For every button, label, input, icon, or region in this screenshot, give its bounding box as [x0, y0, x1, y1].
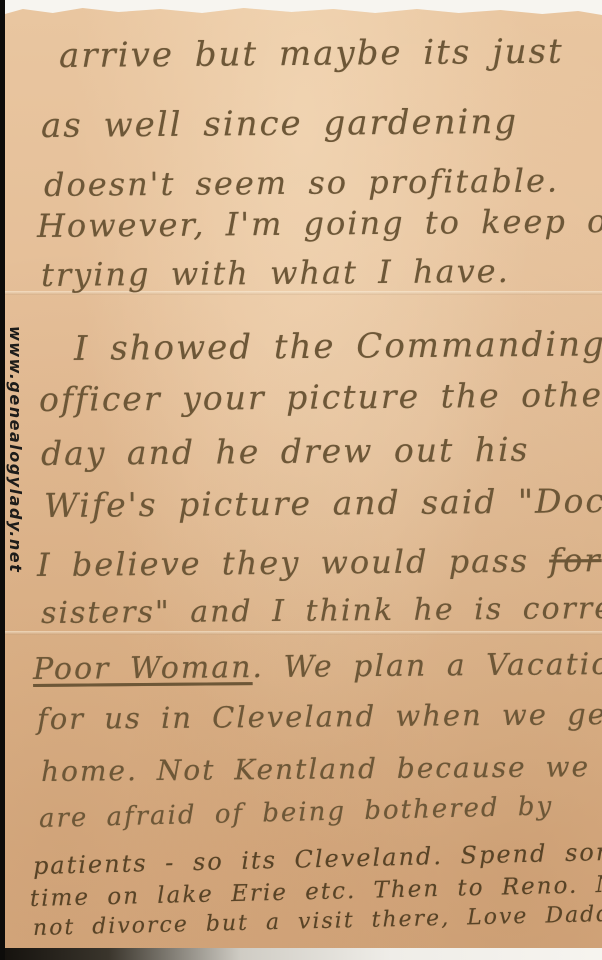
- letter-text: Wife's picture and said "Doc: [44, 481, 602, 525]
- letter-line: day and he drew out his: [41, 430, 530, 473]
- letter-line: sisters" and I think he is correct.: [41, 591, 602, 631]
- letter-text: for: [549, 541, 602, 579]
- letter-text: trying with what I have.: [41, 252, 510, 294]
- torn-edge-bottom: [0, 948, 602, 960]
- letter-line: I showed the Commanding: [74, 324, 602, 369]
- letter-line: I believe they would pass for as: [37, 541, 602, 584]
- letter-text: for us in Cleveland when we get: [37, 697, 602, 736]
- letter-line: doesn't seem so profitable.: [44, 162, 559, 204]
- letter-paper: www.genealogylady.net arrive but maybe i…: [5, 4, 602, 950]
- letter-text: day and he drew out his: [41, 430, 530, 473]
- letter-text: officer your picture the other: [39, 375, 602, 419]
- letter-line: officer your picture the other: [39, 375, 602, 419]
- letter-line: are afraid of being bothered by: [39, 791, 554, 834]
- letter-text: I believe they would pass: [37, 542, 550, 584]
- letter-line: Wife's picture and said "Doc: [44, 481, 602, 525]
- letter-text: as well since gardening: [41, 102, 518, 146]
- letter-text: doesn't seem so profitable.: [44, 162, 559, 204]
- scanned-letter: www.genealogylady.net arrive but maybe i…: [0, 0, 602, 960]
- watermark: www.genealogylady.net: [6, 326, 25, 573]
- letter-line: arrive but maybe its just: [59, 32, 564, 76]
- letter-text: I showed the Commanding: [74, 324, 602, 369]
- letter-body: arrive but maybe its justas well since g…: [5, 4, 602, 950]
- letter-line: for us in Cleveland when we get: [37, 697, 602, 736]
- letter-line: However, I'm going to keep on: [37, 202, 602, 245]
- letter-line: trying with what I have.: [41, 252, 510, 294]
- letter-line: as well since gardening: [41, 102, 518, 146]
- letter-line: Poor Woman. We plan a Vacation: [33, 647, 602, 687]
- scanner-edge-left: [0, 0, 5, 960]
- letter-text: However, I'm going to keep on: [37, 202, 602, 245]
- letter-text: home. Not Kentland because we: [41, 750, 590, 788]
- letter-text: are afraid of being bothered by: [39, 791, 554, 834]
- letter-line: home. Not Kentland because we: [41, 750, 590, 788]
- letter-text: . We plan a Vacation: [252, 647, 602, 685]
- letter-text: sisters" and I think he is correct.: [41, 591, 602, 631]
- letter-text: Poor Woman: [33, 650, 253, 687]
- letter-text: arrive but maybe its just: [59, 32, 564, 76]
